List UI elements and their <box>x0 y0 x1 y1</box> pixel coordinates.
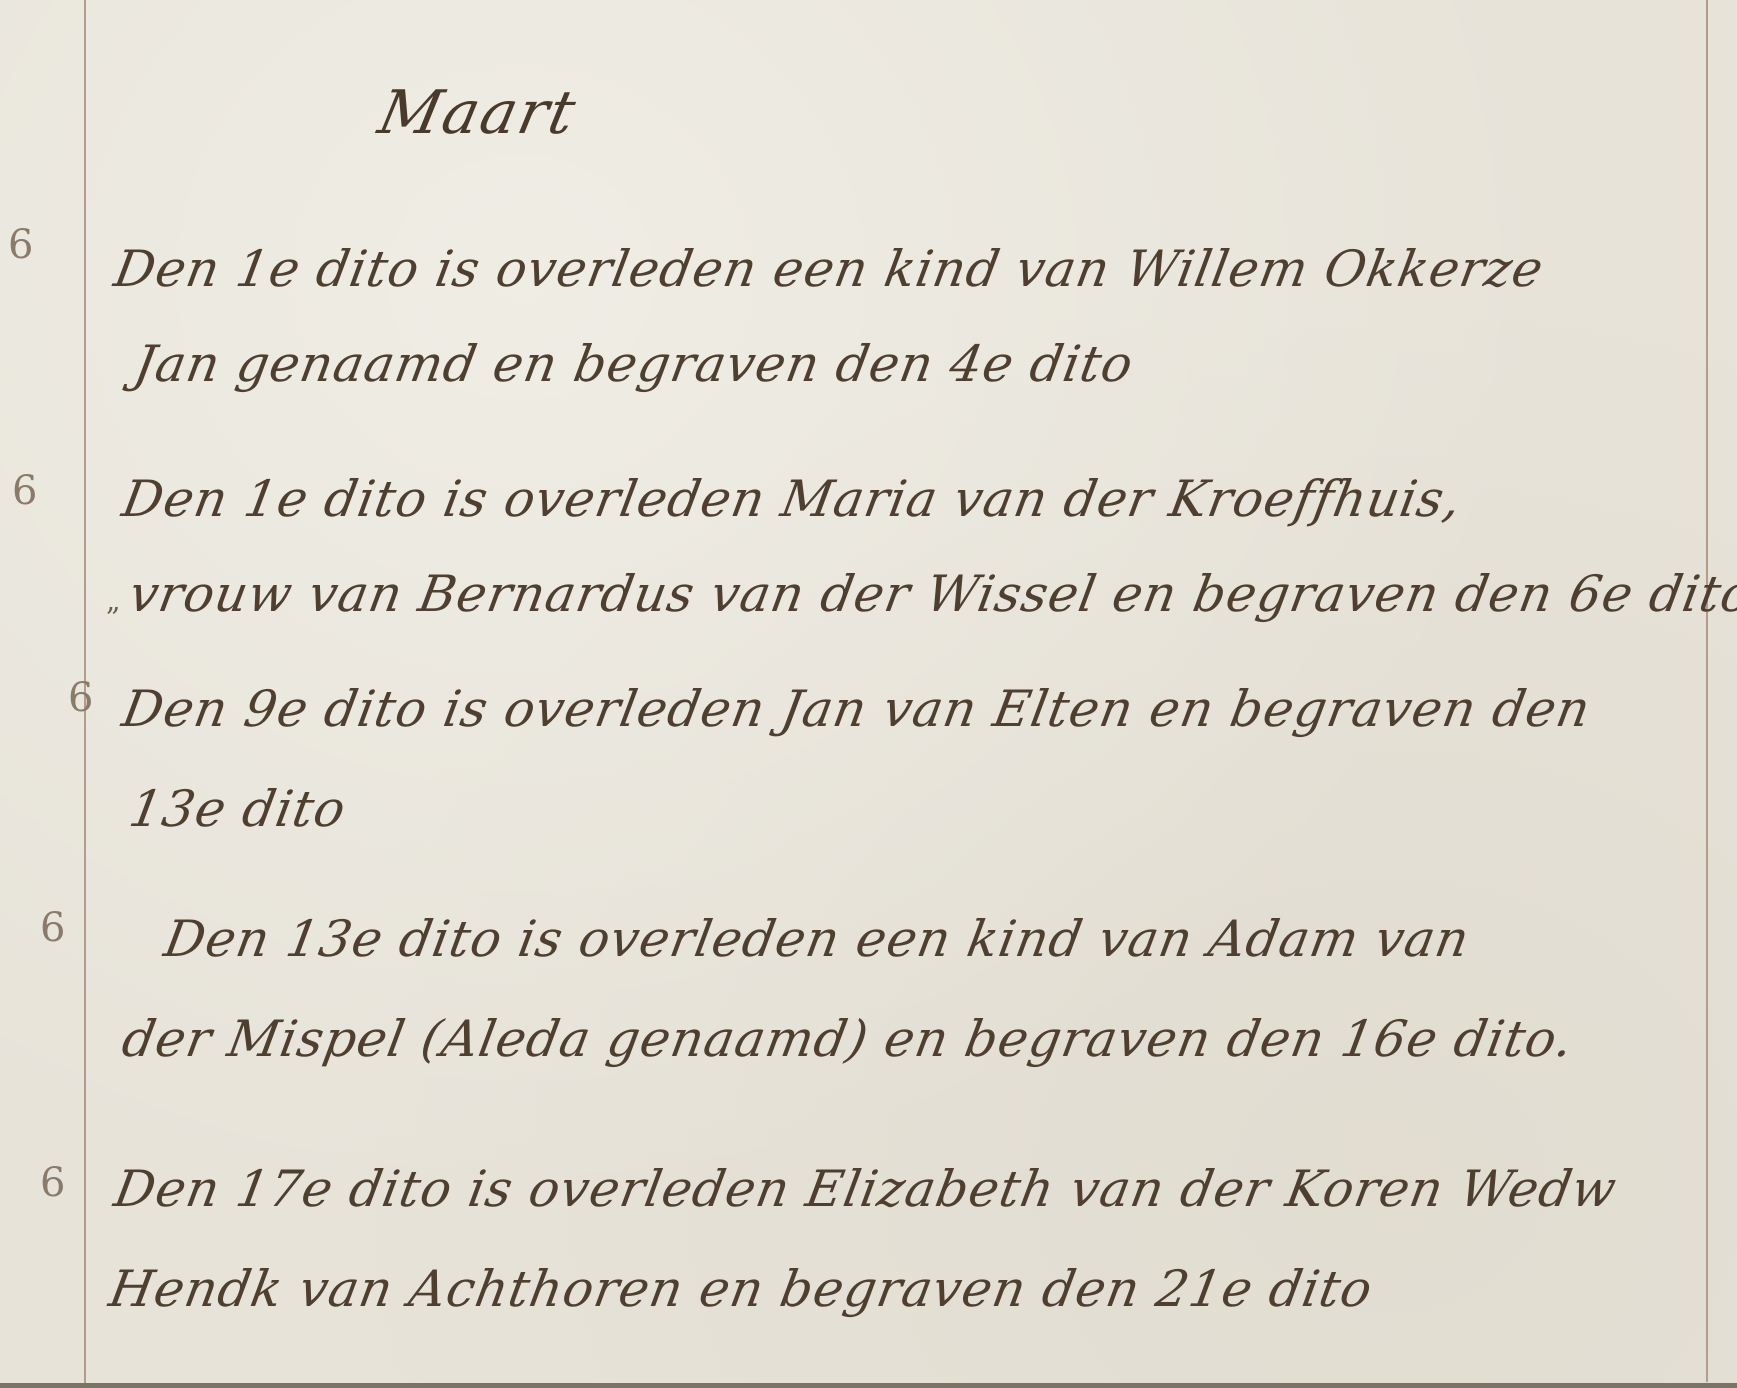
entry-1-line-1: Den 1e dito is overleden een kind van Wi… <box>110 240 1548 298</box>
manuscript-page: Maart 6 Den 1e dito is overleden een kin… <box>0 0 1737 1388</box>
entry-5-line-2: Hendk van Achthoren en begraven den 21e … <box>105 1260 1377 1318</box>
margin-flourish-2: 6 <box>12 468 37 514</box>
margin-flourish-4: 6 <box>40 905 65 951</box>
ditto-mark: „ <box>106 584 121 617</box>
month-heading: Maart <box>373 78 584 148</box>
entry-4-line-2: der Mispel (Aleda genaamd) en begraven d… <box>118 1010 1578 1068</box>
entry-5-line-1: Den 17e dito is overleden Elizabeth van … <box>110 1160 1621 1218</box>
entry-4-line-1: Den 13e dito is overleden een kind van A… <box>160 910 1474 968</box>
margin-flourish-1: 6 <box>8 222 33 268</box>
page-bottom-edge <box>0 1383 1737 1388</box>
entry-3-line-1: Den 9e dito is overleden Jan van Elten e… <box>118 680 1595 738</box>
right-margin-rule <box>1706 0 1708 1382</box>
entry-2-line-2: vrouw van Bernardus van der Wissel en be… <box>125 565 1737 623</box>
margin-flourish-3: 6 <box>68 675 93 721</box>
margin-flourish-5: 6 <box>40 1160 65 1206</box>
entry-3-line-2: 13e dito <box>125 780 351 838</box>
entry-1-line-2: Jan genaamd en begraven den 4e dito <box>130 335 1138 393</box>
entry-2-line-1: Den 1e dito is overleden Maria van der K… <box>118 470 1466 528</box>
